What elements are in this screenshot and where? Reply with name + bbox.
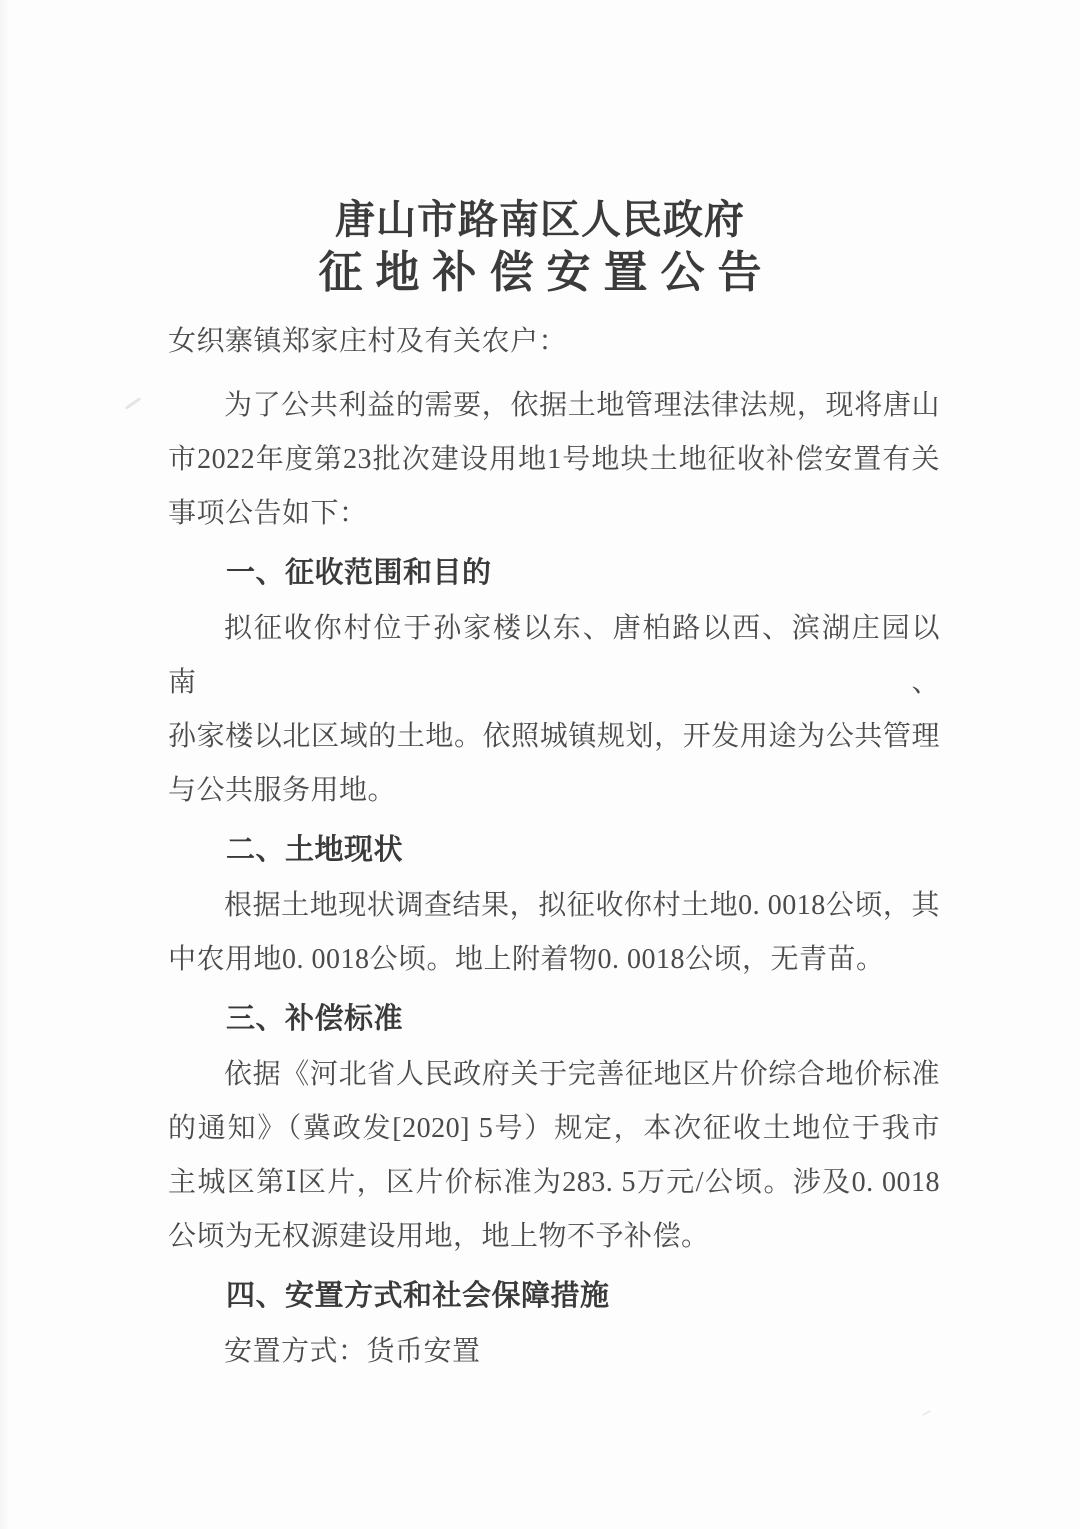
paragraph-line: 依据《河北省人民政府关于完善征地区片价综合地价标准 (168, 1048, 940, 1102)
paragraph-line: 公顷为无权源建设用地，地上物不予补偿。 (168, 1210, 940, 1264)
section-heading-3: 三、补偿标准 (168, 992, 940, 1046)
paragraph-line: 为了公共利益的需要，依据土地管理法律法规，现将唐山 (168, 379, 940, 433)
paragraph-line: 安置方式：货币安置 (168, 1325, 940, 1379)
announcement-title: 征地补偿安置公告 (13, 244, 1080, 302)
scan-artifact (125, 397, 141, 410)
paragraph-line: 主城区第Ⅰ区片，区片价标准为283. 5万元/公顷。涉及0. 0018 (168, 1156, 940, 1210)
scanned-announcement-page: 唐山市路南区人民政府 征地补偿安置公告 女织寨镇郑家庄村及有关农户： 为了公共利… (0, 0, 1080, 1529)
paragraph-line: 拟征收你村位于孙家楼以东、唐柏路以西、滨湖庄园以南、 (168, 602, 940, 710)
section-heading-2: 二、土地现状 (168, 823, 940, 877)
section-heading-1: 一、征收范围和目的 (168, 546, 940, 600)
document-header: 唐山市路南区人民政府 征地补偿安置公告 (0, 196, 1080, 302)
paragraph-line: 与公共服务用地。 (168, 764, 940, 818)
paragraph-line: 中农用地0. 0018公顷。地上附着物0. 0018公顷，无青苗。 (168, 933, 940, 987)
paragraph-line: 根据土地现状调查结果，拟征收你村土地0. 0018公顷，其 (168, 879, 940, 933)
paragraph-line: 事项公告如下： (168, 487, 940, 541)
document-body: 女织寨镇郑家庄村及有关农户： 为了公共利益的需要，依据土地管理法律法规，现将唐山… (168, 315, 940, 1379)
paragraph-line: 的通知》（冀政发[2020] 5号）规定，本次征收土地位于我市 (168, 1102, 940, 1156)
paragraph-line: 市2022年度第23批次建设用地1号地块土地征收补偿安置有关 (168, 433, 940, 487)
paragraph-line: 孙家楼以北区域的土地。依照城镇规划，开发用途为公共管理 (168, 710, 940, 764)
issuing-authority-title: 唐山市路南区人民政府 (0, 196, 1080, 244)
salutation-line: 女织寨镇郑家庄村及有关农户： (168, 315, 940, 369)
scan-artifact (922, 1410, 931, 1416)
section-heading-4: 四、安置方式和社会保障措施 (168, 1269, 940, 1323)
